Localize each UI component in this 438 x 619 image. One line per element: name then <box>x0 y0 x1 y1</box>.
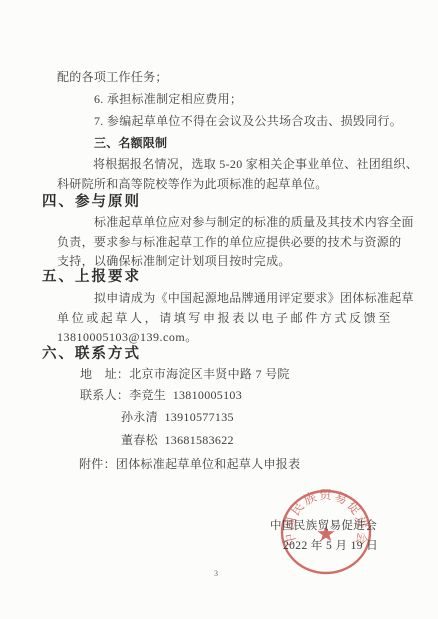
contact-person-3: 董春松 13681583622 <box>121 433 234 447</box>
heading-contact: 六、联系方式 <box>42 346 141 362</box>
line-item-6: 6. 承担标准制定相应费用； <box>94 92 242 106</box>
line-submission-email: 13810005103@139.com。 <box>57 330 198 344</box>
line-tasks-continuation: 配的各项工作任务； <box>57 70 168 84</box>
heading-submission: 五、上报要求 <box>42 269 141 285</box>
contact-address: 地 址：北京市海淀区丰贤中路 7 号院 <box>80 367 290 381</box>
page-number: 3 <box>214 569 218 578</box>
line-quota-1: 将根据报名情况，选取 5-20 家相关企事业单位、社团组织、 <box>93 157 418 171</box>
document-page: 配的各项工作任务； 6. 承担标准制定相应费用； 7. 参编起草单位不得在会议及… <box>0 0 438 619</box>
stamp-date: 2022 年 5 月 19 日 <box>283 537 378 553</box>
line-item-7: 7. 参编起草单位不得在会议及公共场合攻击、损毁同行。 <box>94 114 402 128</box>
contact-person-1: 联系人：李竞生 13810005103 <box>80 388 242 402</box>
line-participation-3: 支持，以确保标准制定计划项目按时完成。 <box>57 254 291 268</box>
line-participation-2: 负责，要求参与标准起草工作的单位应提供必要的技术与资源的 <box>57 235 401 249</box>
line-quota-2: 科研院所和高等院校等作为此项标准的起草单位。 <box>57 177 328 191</box>
heading-participation: 四、参与原则 <box>42 194 141 210</box>
attachment-line: 附件：团体标准起草单位和起草人申报表 <box>79 457 300 471</box>
line-submission-2: 单位或起草人，请填写申报表以电子邮件方式反馈至 <box>57 311 393 325</box>
official-seal: 中国民族贸易促进会 <box>280 489 372 577</box>
contact-person-2: 孙永清 13910577135 <box>121 410 234 424</box>
stamp-org-name: 中国民族贸易促进会 <box>270 517 377 533</box>
line-participation-1: 标准起草单位应对参与制定的标准的质量及其技术内容全面 <box>94 215 414 229</box>
line-submission-1: 拟申请成为《中国起源地品牌通用评定要求》团体标准起草 <box>94 291 414 305</box>
heading-quota-limit: 三、名额限制 <box>94 136 167 150</box>
